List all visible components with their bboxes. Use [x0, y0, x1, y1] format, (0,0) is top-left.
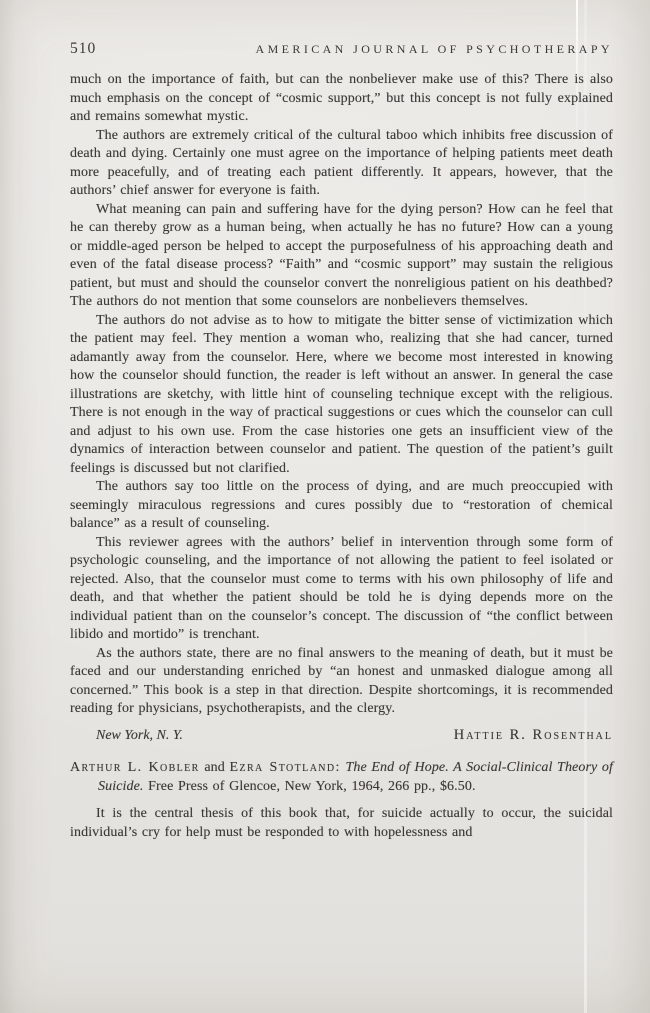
- page-content: 510 AMERICAN JOURNAL OF PSYCHOTHERAPY mu…: [70, 40, 613, 842]
- review-paragraph: What meaning can pain and suffering have…: [70, 201, 613, 312]
- review-paragraph: This reviewer agrees with the authors’ b…: [70, 534, 613, 645]
- paper-edge-shading: [610, 0, 650, 1013]
- reviewer-name: Hattie R. Rosenthal: [454, 726, 613, 745]
- citation-publication-info: Free Press of Glencoe, New York, 1964, 2…: [148, 779, 475, 794]
- review-body: much on the importance of faith, but can…: [70, 71, 613, 842]
- review-paragraph: The authors are extremely critical of th…: [70, 127, 613, 201]
- signature-row: New York, N. Y. Hattie R. Rosenthal: [70, 726, 613, 746]
- book-citation: Arthur L. Kobler and Ezra Stotland: The …: [70, 759, 613, 796]
- page-number: 510: [70, 40, 96, 58]
- review-paragraph: The authors say too little on the proces…: [70, 478, 613, 534]
- citation-conjunction: and: [204, 760, 225, 775]
- review-paragraph: The authors do not advise as to how to m…: [70, 312, 613, 479]
- running-head: 510 AMERICAN JOURNAL OF PSYCHOTHERAPY: [70, 40, 613, 58]
- review-paragraph: As the authors state, there are no final…: [70, 645, 613, 719]
- reviewer-location: New York, N. Y.: [96, 727, 183, 746]
- review-paragraph: It is the central thesis of this book th…: [70, 805, 613, 842]
- review-paragraph: much on the importance of faith, but can…: [70, 71, 613, 127]
- journal-title: AMERICAN JOURNAL OF PSYCHOTHERAPY: [256, 42, 613, 57]
- journal-page: 510 AMERICAN JOURNAL OF PSYCHOTHERAPY mu…: [0, 0, 650, 1013]
- citation-author-2: Ezra Stotland:: [229, 760, 340, 775]
- citation-author-1: Arthur L. Kobler: [70, 760, 200, 775]
